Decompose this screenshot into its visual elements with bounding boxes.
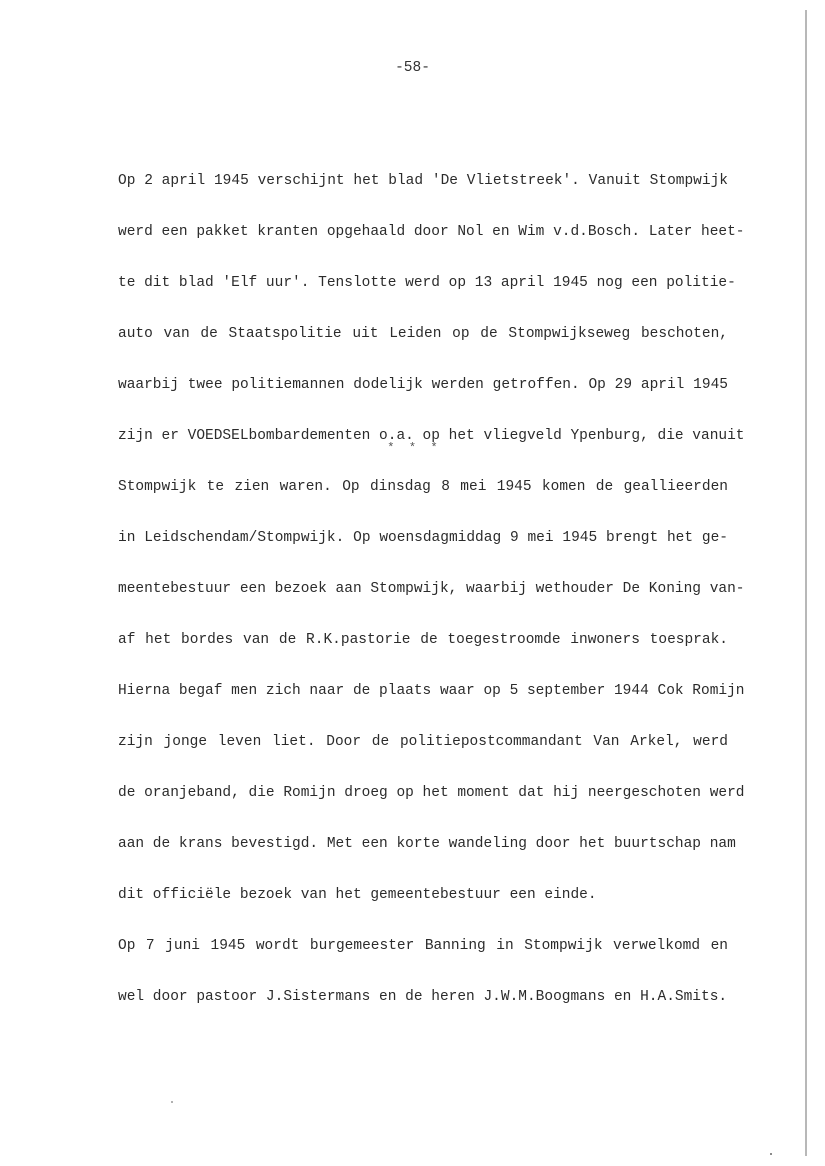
scan-speck: [770, 1153, 772, 1155]
text-line: werd een pakket kranten opgehaald door N…: [118, 224, 730, 241]
text-line: Stompwijk te zien waren. Op dinsdag 8 me…: [118, 479, 730, 496]
text-line: dit officiële bezoek van het gemeentebes…: [118, 887, 730, 904]
page-edge-line: [805, 10, 807, 1156]
text-line: te dit blad 'Elf uur'. Tenslotte werd op…: [118, 275, 730, 292]
scan-speck: [171, 1101, 173, 1103]
page-number: -58-: [0, 60, 825, 76]
text-line: aan de krans bevestigd. Met een korte wa…: [118, 836, 730, 853]
text-line: waarbij twee politiemannen dodelijk werd…: [118, 377, 730, 394]
text-line: Op 2 april 1945 verschijnt het blad 'De …: [118, 173, 730, 190]
text-line: wel door pastoor J.Sistermans en de here…: [118, 989, 730, 1006]
text-line: af het bordes van de R.K.pastorie de toe…: [118, 632, 730, 649]
body-text: Op 2 april 1945 verschijnt het blad 'De …: [118, 139, 730, 1023]
text-line: de oranjeband, die Romijn droeg op het m…: [118, 785, 730, 802]
text-line: Hierna begaf men zich naar de plaats waa…: [118, 683, 730, 700]
text-line: in Leidschendam/Stompwijk. Op woensdagmi…: [118, 530, 730, 547]
section-separator: * * *: [0, 441, 825, 455]
text-line: zijn jonge leven liet. Door de politiepo…: [118, 734, 730, 751]
text-line: auto van de Staatspolitie uit Leiden op …: [118, 326, 730, 343]
text-line: meentebestuur een bezoek aan Stompwijk, …: [118, 581, 730, 598]
text-line: Op 7 juni 1945 wordt burgemeester Bannin…: [118, 938, 730, 955]
